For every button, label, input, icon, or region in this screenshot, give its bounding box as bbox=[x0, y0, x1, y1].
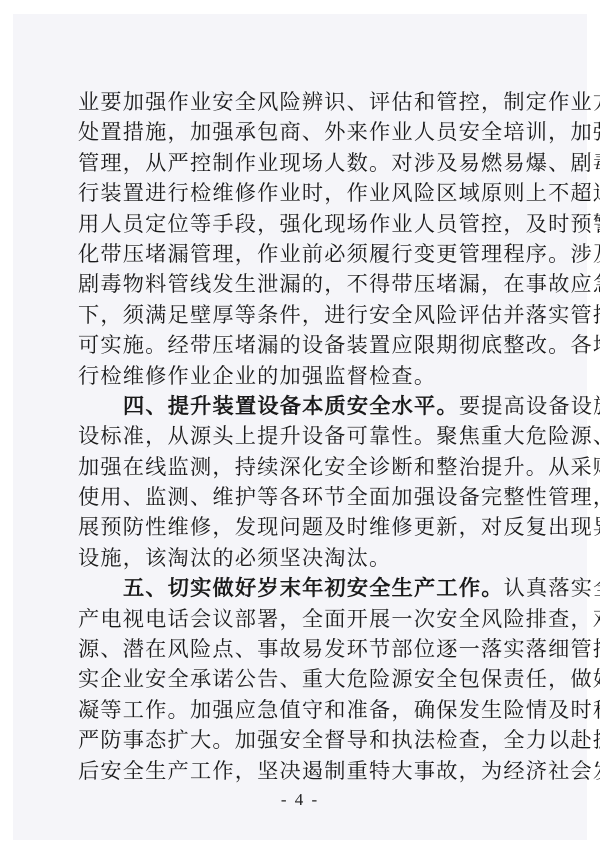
text-line: 行检维修作业企业的加强监督检查。 bbox=[78, 361, 530, 391]
text-line: 行装置进行检维修作业时，作业风险区域原则上不超过6人。运 bbox=[78, 178, 530, 208]
text-line: 用人员定位等手段，强化现场作业人员管控，及时预警处理。强 bbox=[78, 209, 530, 239]
text-line: 使用、监测、维护等各环节全面加强设备完整性管理，按计划开 bbox=[78, 482, 530, 512]
document-body: 业要加强作业安全风险辨识、评估和管控，制定作业方案和应急 处置措施，加强承包商、… bbox=[78, 87, 530, 786]
text-line: 设标准，从源头上提升设备可靠性。聚焦重大危险源、老旧装置， bbox=[78, 421, 530, 451]
text-line: 设施，该淘汰的必须坚决淘汰。 bbox=[78, 543, 530, 573]
text-line: 产电视电话会议部署，全面开展一次安全风险排查，对重大危险 bbox=[78, 604, 530, 634]
section-heading: 五、切实做好岁末年初安全生产工作。 bbox=[123, 575, 504, 600]
text-line: 处置措施，加强承包商、外来作业人员安全培训，加强作业现场 bbox=[78, 117, 530, 147]
page-number: - 4 - bbox=[0, 790, 600, 810]
text-line: 严防事态扩大。加强安全督导和执法检查，全力以赴抓好春节前 bbox=[78, 725, 530, 755]
text-run: 认真落实全国安全生 bbox=[504, 575, 600, 600]
text-line: 展预防性维修，发现问题及时维修更新，对反复出现异常的设备 bbox=[78, 512, 530, 542]
text-line: 源、潜在风险点、事故易发环节部位逐一落实落细管控措施。压 bbox=[78, 634, 530, 664]
text-run: 要提高设备设施的设计建 bbox=[459, 393, 600, 418]
text-line: 下，须满足壁厚等条件，进行安全风险评估并落实管控措施后方 bbox=[78, 300, 530, 330]
text-line: 业要加强作业安全风险辨识、评估和管控，制定作业方案和应急 bbox=[78, 87, 530, 117]
section-five-first-line: 五、切实做好岁末年初安全生产工作。认真落实全国安全生 bbox=[78, 573, 530, 603]
text-line: 剧毒物料管线发生泄漏的，不得带压堵漏，在事故应急抢险状态 bbox=[78, 269, 530, 299]
text-line: 凝等工作。加强应急值守和准备，确保发生险情及时科学处置， bbox=[78, 695, 530, 725]
text-line: 实企业安全承诺公告、重大危险源安全包保责任，做好防冻、防 bbox=[78, 664, 530, 694]
text-line: 管理，从严控制作业现场人数。对涉及易燃易爆、剧毒物料的运 bbox=[78, 148, 530, 178]
section-heading: 四、提升装置设备本质安全水平。 bbox=[123, 393, 459, 418]
text-line: 可实施。经带压堵漏的设备装置应限期彻底整改。各地区要对进 bbox=[78, 330, 530, 360]
section-four-first-line: 四、提升装置设备本质安全水平。要提高设备设施的设计建 bbox=[78, 391, 530, 421]
text-line: 后安全生产工作，坚决遏制重特大事故，为经济社会发展营造良 bbox=[78, 756, 530, 786]
text-line: 化带压堵漏管理，作业前必须履行变更管理程序。涉及易燃易爆、 bbox=[78, 239, 530, 269]
text-line: 加强在线监测，持续深化安全诊断和整治提升。从采购、安装、 bbox=[78, 452, 530, 482]
